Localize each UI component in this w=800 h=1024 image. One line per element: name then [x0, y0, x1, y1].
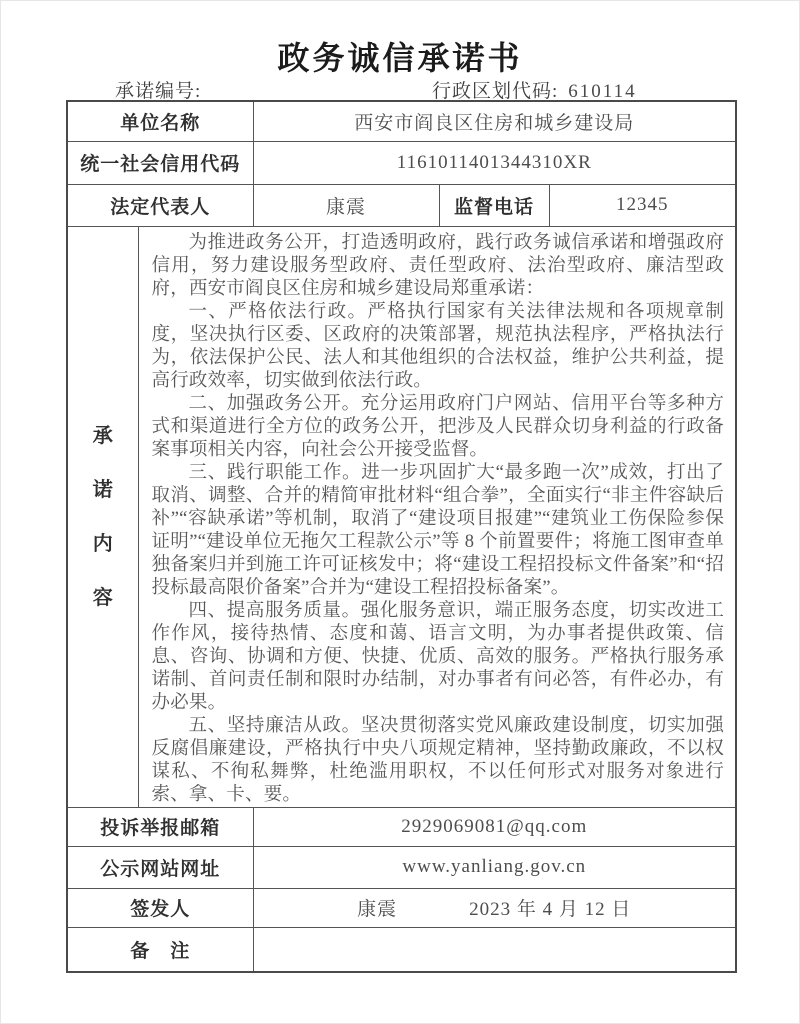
complaint-email-label: 投诉举报邮箱	[67, 807, 253, 846]
commitment-form-table: 单位名称 西安市阎良区住房和城乡建设局 统一社会信用代码 11610114013…	[66, 100, 737, 973]
issue-date: 2023 年 4 月 12 日	[469, 894, 631, 921]
legal-rep-value: 康震	[253, 184, 439, 226]
commitment-paragraph: 五、坚持廉洁从政。坚决贯彻落实党风廉政建设制度，切实加强反腐倡廉建设，严格执行中…	[152, 715, 725, 807]
row-issuer: 签发人 康震 2023 年 4 月 12 日	[67, 888, 736, 927]
issuer-label: 签发人	[67, 888, 253, 927]
commitment-label-char: 内	[68, 517, 138, 571]
commitment-paragraph: 四、提高服务质量。强化服务意识，端正服务态度，切实改进工作作风，接待热情、态度和…	[152, 600, 725, 715]
commitment-label-char: 容	[68, 571, 138, 625]
commitment-label-char: 承	[68, 409, 138, 463]
row-unit-name: 单位名称 西安市阎良区住房和城乡建设局	[67, 101, 736, 141]
row-credit-code: 统一社会信用代码 1161011401344310XR	[67, 141, 736, 184]
issuer-name: 康震	[357, 894, 397, 921]
commitment-paragraph: 三、践行职能工作。进一步巩固扩大“最多跑一次”成效，打出了取消、调整、合并的精简…	[152, 462, 725, 600]
credit-code-label: 统一社会信用代码	[67, 141, 253, 184]
website-value: www.yanliang.gov.cn	[253, 846, 736, 888]
commitment-label-vertical: 承 诺 内 容	[67, 226, 138, 807]
meta-row: 承诺编号: 行政区划代码:610114	[0, 76, 800, 100]
website-label: 公示网站网址	[67, 846, 253, 888]
commitment-paragraph: 为推进政务公开，打造透明政府，践行政务诚信承诺和增强政府信用，努力建设服务型政府…	[152, 232, 725, 301]
issuer-value-cell: 康震 2023 年 4 月 12 日	[253, 888, 736, 927]
complaint-email-value: 2929069081@qq.com	[253, 807, 736, 846]
remarks-value	[253, 927, 736, 972]
promise-number-label: 承诺编号:	[115, 76, 201, 103]
supervise-phone-value: 12345	[549, 184, 736, 226]
row-website: 公示网站网址 www.yanliang.gov.cn	[67, 846, 736, 888]
supervise-phone-label: 监督电话	[439, 184, 549, 226]
row-remarks: 备 注	[67, 927, 736, 972]
issuer-line: 康震 2023 年 4 月 12 日	[254, 894, 736, 921]
credit-code-value: 1161011401344310XR	[253, 141, 736, 184]
page-title: 政务诚信承诺书	[0, 33, 800, 79]
commitment-label-char: 诺	[68, 463, 138, 517]
unit-name-value: 西安市阎良区住房和城乡建设局	[253, 101, 736, 141]
district-code-label: 行政区划代码:	[432, 81, 558, 102]
commitment-content: 为推进政务公开，打造透明政府，践行政务诚信承诺和增强政府信用，努力建设服务型政府…	[138, 226, 736, 807]
commitment-paragraph: 一、严格依法行政。严格执行国家有关法律法规和各项规章制度，坚决执行区委、区政府的…	[152, 301, 725, 393]
legal-rep-label: 法定代表人	[67, 184, 253, 226]
commitment-paragraph: 二、加强政务公开。充分运用政府门户网站、信用平台等多种方式和渠道进行全方位的政务…	[152, 393, 725, 462]
district-code-value: 610114	[568, 81, 636, 102]
row-complaint-email: 投诉举报邮箱 2929069081@qq.com	[67, 807, 736, 846]
document-page: 政务诚信承诺书 承诺编号: 行政区划代码:610114 单位名称 西安市阎良区住…	[0, 0, 800, 1024]
unit-name-label: 单位名称	[67, 101, 253, 141]
district-code: 行政区划代码:610114	[432, 76, 637, 103]
remarks-label: 备 注	[67, 927, 253, 972]
row-commitment-content: 承 诺 内 容 为推进政务公开，打造透明政府，践行政务诚信承诺和增强政府信用，努…	[67, 226, 736, 807]
row-legal-rep: 法定代表人 康震 监督电话 12345	[67, 184, 736, 226]
